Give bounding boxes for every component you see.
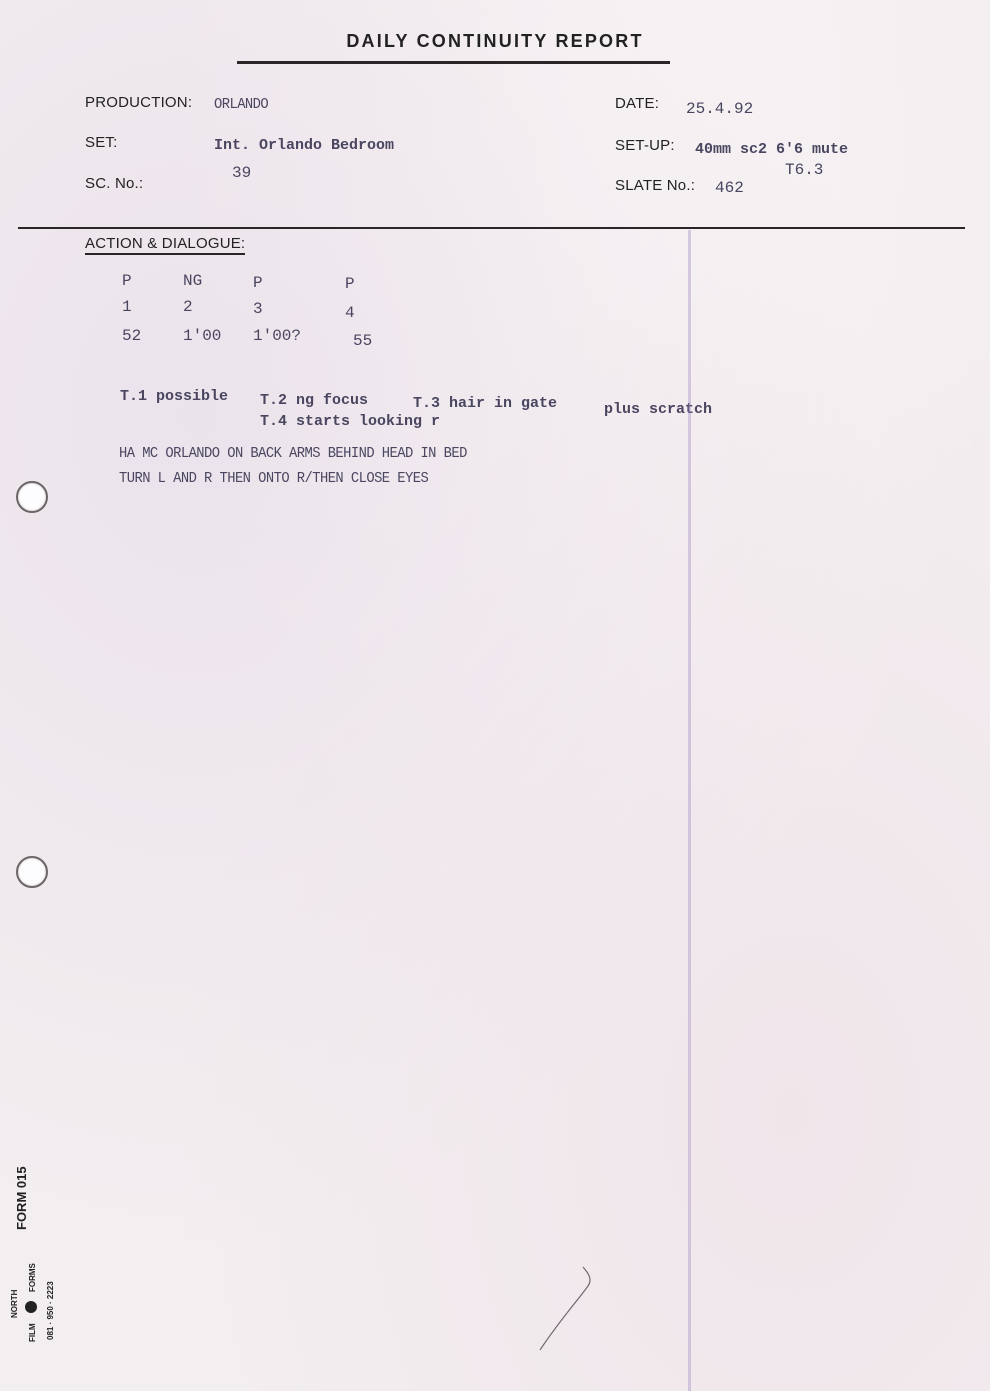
form-number: FORM 015 [14, 1166, 29, 1230]
note-take-2: T.2 ng focus [260, 392, 368, 409]
date-value: 25.4.92 [686, 100, 753, 118]
slate-no-label: SLATE No.: [615, 177, 695, 194]
publisher-film: FILM [28, 1323, 37, 1342]
publisher-phone: 081 · 950 · 2223 [46, 1281, 55, 1340]
scene-no-value: 39 [232, 164, 251, 182]
date-label: DATE: [615, 95, 659, 112]
note-take-3-extra: plus scratch [604, 401, 712, 418]
setup-value-line2: T6.3 [785, 161, 823, 179]
report-title: DAILY CONTINUITY REPORT [0, 31, 990, 52]
note-take-1: T.1 possible [120, 388, 228, 405]
scene-no-label: SC. No.: [85, 175, 143, 192]
action-line-2: TURN L AND R THEN ONTO R/THEN CLOSE EYES [119, 470, 428, 487]
take-status: P [345, 275, 355, 293]
setup-label: SET-UP: [615, 137, 675, 154]
set-label: SET: [85, 134, 117, 151]
publisher-north: NORTH [10, 1290, 19, 1318]
action-line-1: HA MC ORLANDO ON BACK ARMS BEHIND HEAD I… [119, 445, 467, 462]
punch-hole-upper [16, 481, 48, 513]
take-status: P [253, 274, 263, 292]
take-status: P [122, 272, 132, 290]
note-take-4: T.4 starts looking r [260, 413, 440, 430]
title-underline [237, 61, 670, 64]
publisher-forms: FORMS [28, 1263, 37, 1292]
punch-hole-lower [16, 856, 48, 888]
production-value: ORLANDO [214, 96, 268, 113]
take-duration: 52 [122, 327, 141, 345]
take-duration: 55 [353, 332, 372, 350]
take-number: 4 [345, 304, 355, 322]
publisher-logo-icon [25, 1301, 37, 1313]
fold-crease [688, 230, 691, 1391]
slate-no-value: 462 [715, 179, 744, 197]
setup-value-line1: 40mm sc2 6'6 mute [695, 141, 848, 158]
take-number: 1 [122, 298, 132, 316]
take-duration: 1'00 [183, 327, 221, 345]
take-number: 3 [253, 300, 263, 318]
pen-scribble [520, 1250, 640, 1370]
take-duration: 1'00? [253, 327, 301, 345]
production-label: PRODUCTION: [85, 94, 192, 111]
action-dialogue-label: ACTION & DIALOGUE: [85, 235, 245, 255]
set-value: Int. Orlando Bedroom [214, 137, 394, 154]
section-divider [18, 227, 965, 229]
take-number: 2 [183, 298, 193, 316]
note-take-3: T.3 hair in gate [413, 395, 557, 412]
take-status: NG [183, 272, 202, 290]
